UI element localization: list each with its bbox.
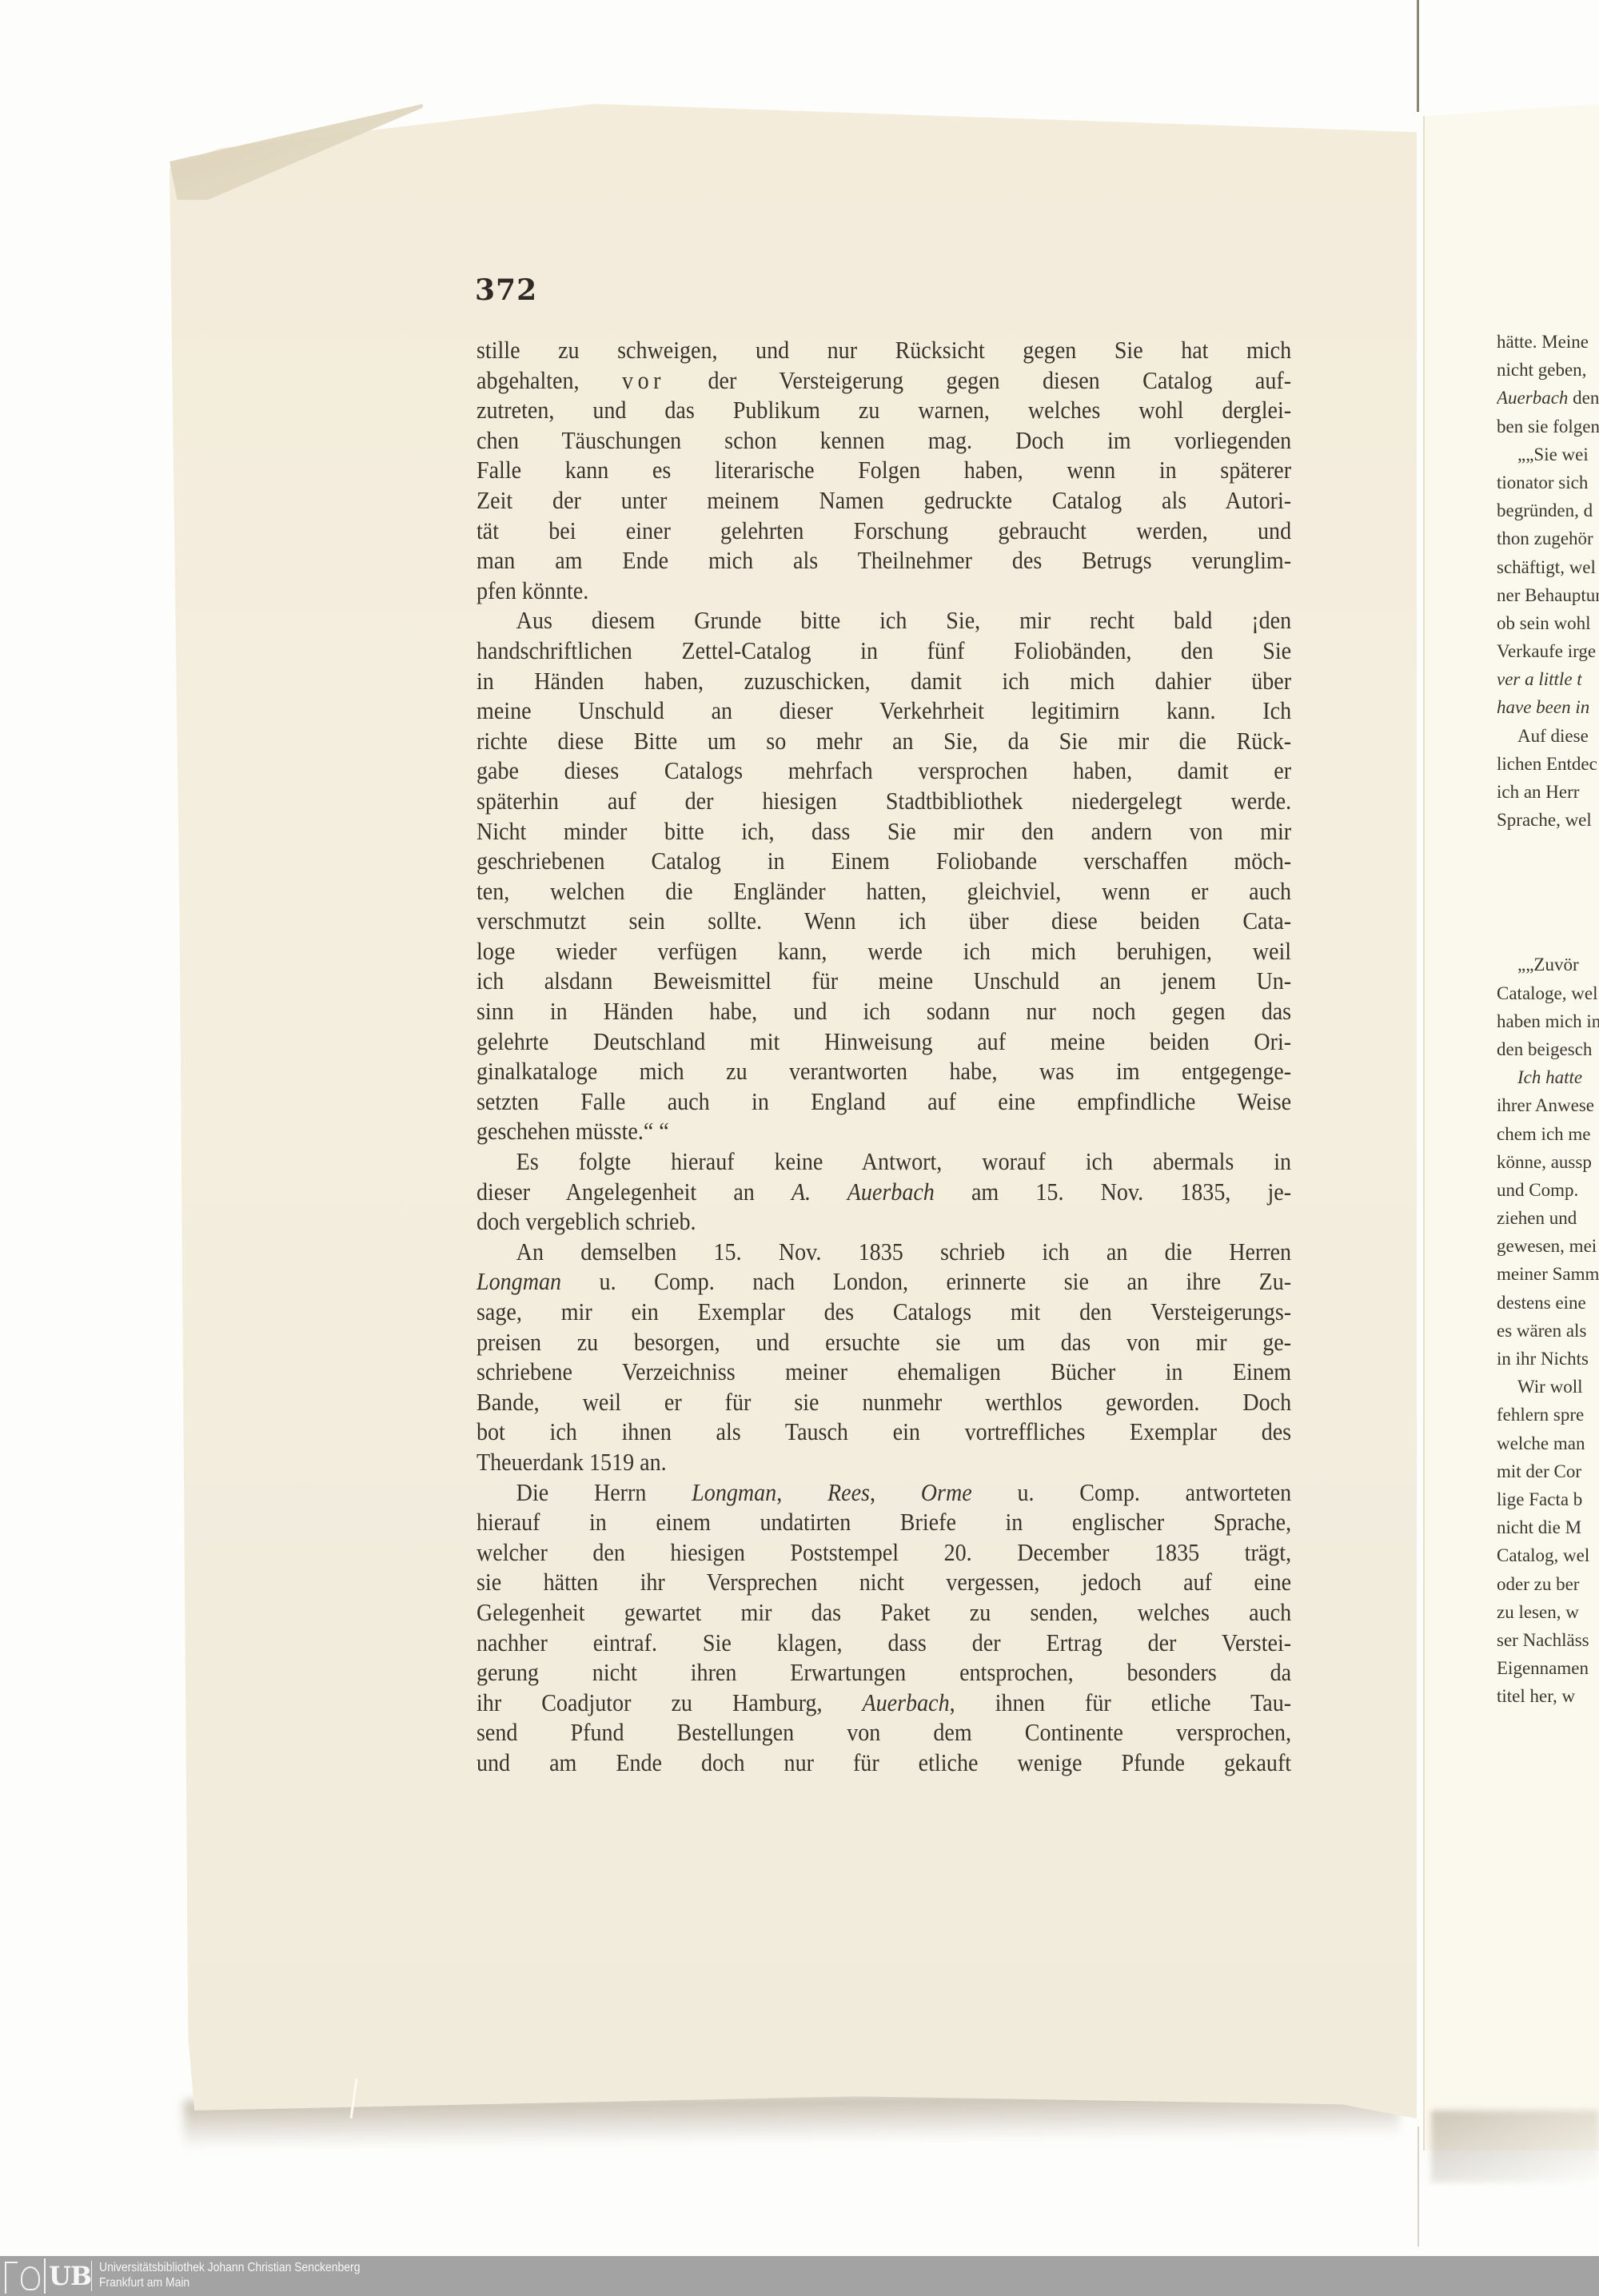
text-line: nachher eintraf. Sie klagen, dass der Er… — [477, 1628, 1291, 1659]
text-line: man am Ende mich als Theilnehmer des Bet… — [477, 546, 1291, 576]
text-line: loge wieder verfügen kann, werde ich mic… — [477, 937, 1291, 967]
institution-name: Universitätsbibliothek Johann Christian … — [99, 2260, 360, 2290]
text-line: gelehrte Deutschland mit Hinweisung auf … — [477, 1027, 1291, 1058]
facing-text-line: ser Nachläss — [1497, 1626, 1599, 1654]
text-line: richte diese Bitte um so mehr an Sie, da… — [477, 727, 1291, 757]
text-line: tät bei einer gelehrten Forschung gebrau… — [477, 516, 1291, 547]
facing-page-shadow — [1431, 2111, 1599, 2182]
text-line: verschmutzt sein sollte. Wenn ich über d… — [477, 907, 1291, 937]
library-portrait-logo-icon — [3, 2258, 46, 2294]
institution-line-1: Universitätsbibliothek Johann Christian … — [99, 2260, 360, 2275]
facing-text-line: titel her, w — [1497, 1682, 1599, 1710]
text-line: sie hätten ihr Versprechen nicht vergess… — [477, 1568, 1291, 1598]
text-line: Bande, weil er für sie nunmehr werthlos … — [477, 1388, 1291, 1418]
text-line: An demselben 15. Nov. 1835 schrieb ich a… — [477, 1238, 1291, 1268]
facing-text-line: ver a little t — [1497, 665, 1599, 693]
text-line: handschriftlichen Zettel-Catalog in fünf… — [477, 636, 1291, 667]
facing-text-line: begründen, d — [1497, 496, 1599, 524]
facing-text-line: Catalog, wel — [1497, 1541, 1599, 1569]
text-line: ginalkataloge mich zu verantworten habe,… — [477, 1057, 1291, 1087]
text-line: Es folgte hierauf keine Antwort, worauf … — [477, 1147, 1291, 1178]
footer-bar: UB Universitätsbibliothek Johann Christi… — [0, 2256, 1599, 2296]
text-line: chen Täuschungen schon kennen mag. Doch … — [477, 426, 1291, 456]
facing-text-line: meiner Samm — [1497, 1260, 1599, 1288]
facing-text-line: Wir woll — [1497, 1373, 1599, 1401]
text-line: Falle kann es literarische Folgen haben,… — [477, 456, 1291, 486]
text-line: preisen zu besorgen, und ersuchte sie um… — [477, 1328, 1291, 1358]
main-text-body: stille zu schweigen, und nur Rücksicht g… — [477, 336, 1292, 1779]
text-line: in Händen haben, zuzuschicken, damit ich… — [477, 667, 1291, 697]
facing-text-line: tionator sich — [1497, 468, 1599, 496]
text-line: Theuerdank 1519 an. — [477, 1448, 1291, 1478]
text-line: Longman u. Comp. nach London, erinnerte … — [477, 1267, 1291, 1297]
facing-text-line: nicht geben, — [1497, 356, 1599, 384]
institution-line-2: Frankfurt am Main — [99, 2275, 360, 2290]
facing-text-line: haben mich in — [1497, 1007, 1599, 1035]
facing-text-gap — [1497, 834, 1599, 951]
text-line: dieser Angelegenheit an A. Auerbach am 1… — [477, 1178, 1291, 1208]
text-line: und am Ende doch nur für etliche wenige … — [477, 1748, 1291, 1779]
facing-text-line: hätte. Meine — [1497, 328, 1599, 356]
facing-text-line: Verkaufe irge — [1497, 637, 1599, 665]
facing-text-line: ob sein wohl — [1497, 609, 1599, 637]
text-line: Zeit der unter meinem Namen gedruckte Ca… — [477, 486, 1291, 516]
text-line: ihr Coadjutor zu Hamburg, Auerbach, ihne… — [477, 1688, 1291, 1719]
facing-text-line: thon zugehör — [1497, 524, 1599, 552]
library-logo[interactable]: UB — [3, 2258, 91, 2294]
text-line: stille zu schweigen, und nur Rücksicht g… — [477, 336, 1291, 366]
text-line: geschriebenen Catalog in Einem Folioband… — [477, 847, 1291, 877]
text-line: setzten Falle auch in England auf eine e… — [477, 1087, 1291, 1118]
footer-divider — [91, 2261, 92, 2291]
facing-text-line: es wären als — [1497, 1317, 1599, 1345]
logo-text: UB — [49, 2261, 91, 2291]
facing-text-line: lichen Entdec — [1497, 750, 1599, 778]
facing-text-line: „„Zuvör — [1497, 951, 1599, 979]
text-line: schriebene Verzeichniss meiner ehemalige… — [477, 1357, 1291, 1388]
text-line: geschehen müsste.“ “ — [477, 1117, 1291, 1147]
text-line: abgehalten, vor der Versteigerung gegen … — [477, 366, 1291, 397]
text-line: sinn in Händen habe, und ich sodann nur … — [477, 997, 1291, 1027]
text-line: hierauf in einem undatirten Briefe in en… — [477, 1508, 1291, 1538]
facing-page-text: hätte. Meinenicht geben,Auerbach denben … — [1497, 328, 1599, 1710]
facing-text-line: „„Sie wei — [1497, 440, 1599, 468]
facing-text-line: welche man — [1497, 1429, 1599, 1457]
facing-text-line: in ihr Nichts — [1497, 1345, 1599, 1373]
text-line: welcher den hiesigen Poststempel 20. Dec… — [477, 1538, 1291, 1569]
text-line: ich alsdann Beweismittel für meine Unsch… — [477, 967, 1291, 997]
facing-text-line: oder zu ber — [1497, 1570, 1599, 1598]
facing-text-line: Eigennamen — [1497, 1654, 1599, 1682]
text-line: Die Herrn Longman, Rees, Orme u. Comp. a… — [477, 1478, 1291, 1509]
facing-text-line: ich an Herr — [1497, 778, 1599, 806]
text-line: Nicht minder bitte ich, dass Sie mir den… — [477, 817, 1291, 847]
facing-text-line: könne, aussp — [1497, 1148, 1599, 1176]
text-line: doch vergeblich schrieb. — [477, 1207, 1291, 1238]
text-line: sage, mir ein Exemplar des Catalogs mit … — [477, 1297, 1291, 1328]
text-line: Aus diesem Grunde bitte ich Sie, mir rec… — [477, 606, 1291, 636]
book-spine-edge — [1417, 0, 1419, 112]
facing-text-line: Ich hatte — [1497, 1063, 1599, 1091]
facing-text-line: fehlern spre — [1497, 1401, 1599, 1429]
facing-text-line: ner Behauptun — [1497, 581, 1599, 609]
text-line: zutreten, und das Publikum zu warnen, we… — [477, 396, 1291, 426]
text-line: meine Unschuld an dieser Verkehrheit leg… — [477, 696, 1291, 727]
facing-text-line: Sprache, wel — [1497, 806, 1599, 834]
text-line: gabe dieses Catalogs mehrfach versproche… — [477, 756, 1291, 787]
text-line: gerung nicht ihren Erwartungen entsproch… — [477, 1658, 1291, 1688]
facing-text-line: nicht die M — [1497, 1513, 1599, 1541]
facing-text-line: schäftigt, wel — [1497, 553, 1599, 581]
facing-text-line: have been in — [1497, 693, 1599, 721]
facing-text-line: lige Facta b — [1497, 1485, 1599, 1513]
facing-text-line: zu lesen, w — [1497, 1598, 1599, 1626]
facing-text-line: ihrer Anwese — [1497, 1091, 1599, 1119]
facing-text-line: und Comp. — [1497, 1176, 1599, 1204]
facing-text-line: gewesen, mei — [1497, 1232, 1599, 1260]
facing-text-line: den beigesch — [1497, 1035, 1599, 1063]
facing-text-line: ben sie folgen — [1497, 413, 1599, 440]
text-line: send Pfund Bestellungen von dem Continen… — [477, 1718, 1291, 1748]
facing-text-line: Cataloge, wel — [1497, 979, 1599, 1007]
facing-text-line: mit der Cor — [1497, 1457, 1599, 1485]
facing-text-line: Auf diese — [1497, 722, 1599, 750]
text-line: späterhin auf der hiesigen Stadtbiblioth… — [477, 787, 1291, 817]
facing-text-line: chem ich me — [1497, 1120, 1599, 1148]
text-line: Gelegenheit gewartet mir das Paket zu se… — [477, 1598, 1291, 1628]
text-line: bot ich ihnen als Tausch ein vortrefflic… — [477, 1417, 1291, 1448]
facing-text-line: destens eine — [1497, 1289, 1599, 1317]
facing-text-line: ziehen und — [1497, 1204, 1599, 1232]
spine-edge-lower — [1418, 2127, 1419, 2246]
facing-text-line: Auerbach den — [1497, 384, 1599, 412]
text-line: pfen könnte. — [477, 576, 1291, 607]
page-number: 372 — [475, 273, 537, 307]
text-line: ten, welchen die Engländer hatten, gleic… — [477, 877, 1291, 907]
